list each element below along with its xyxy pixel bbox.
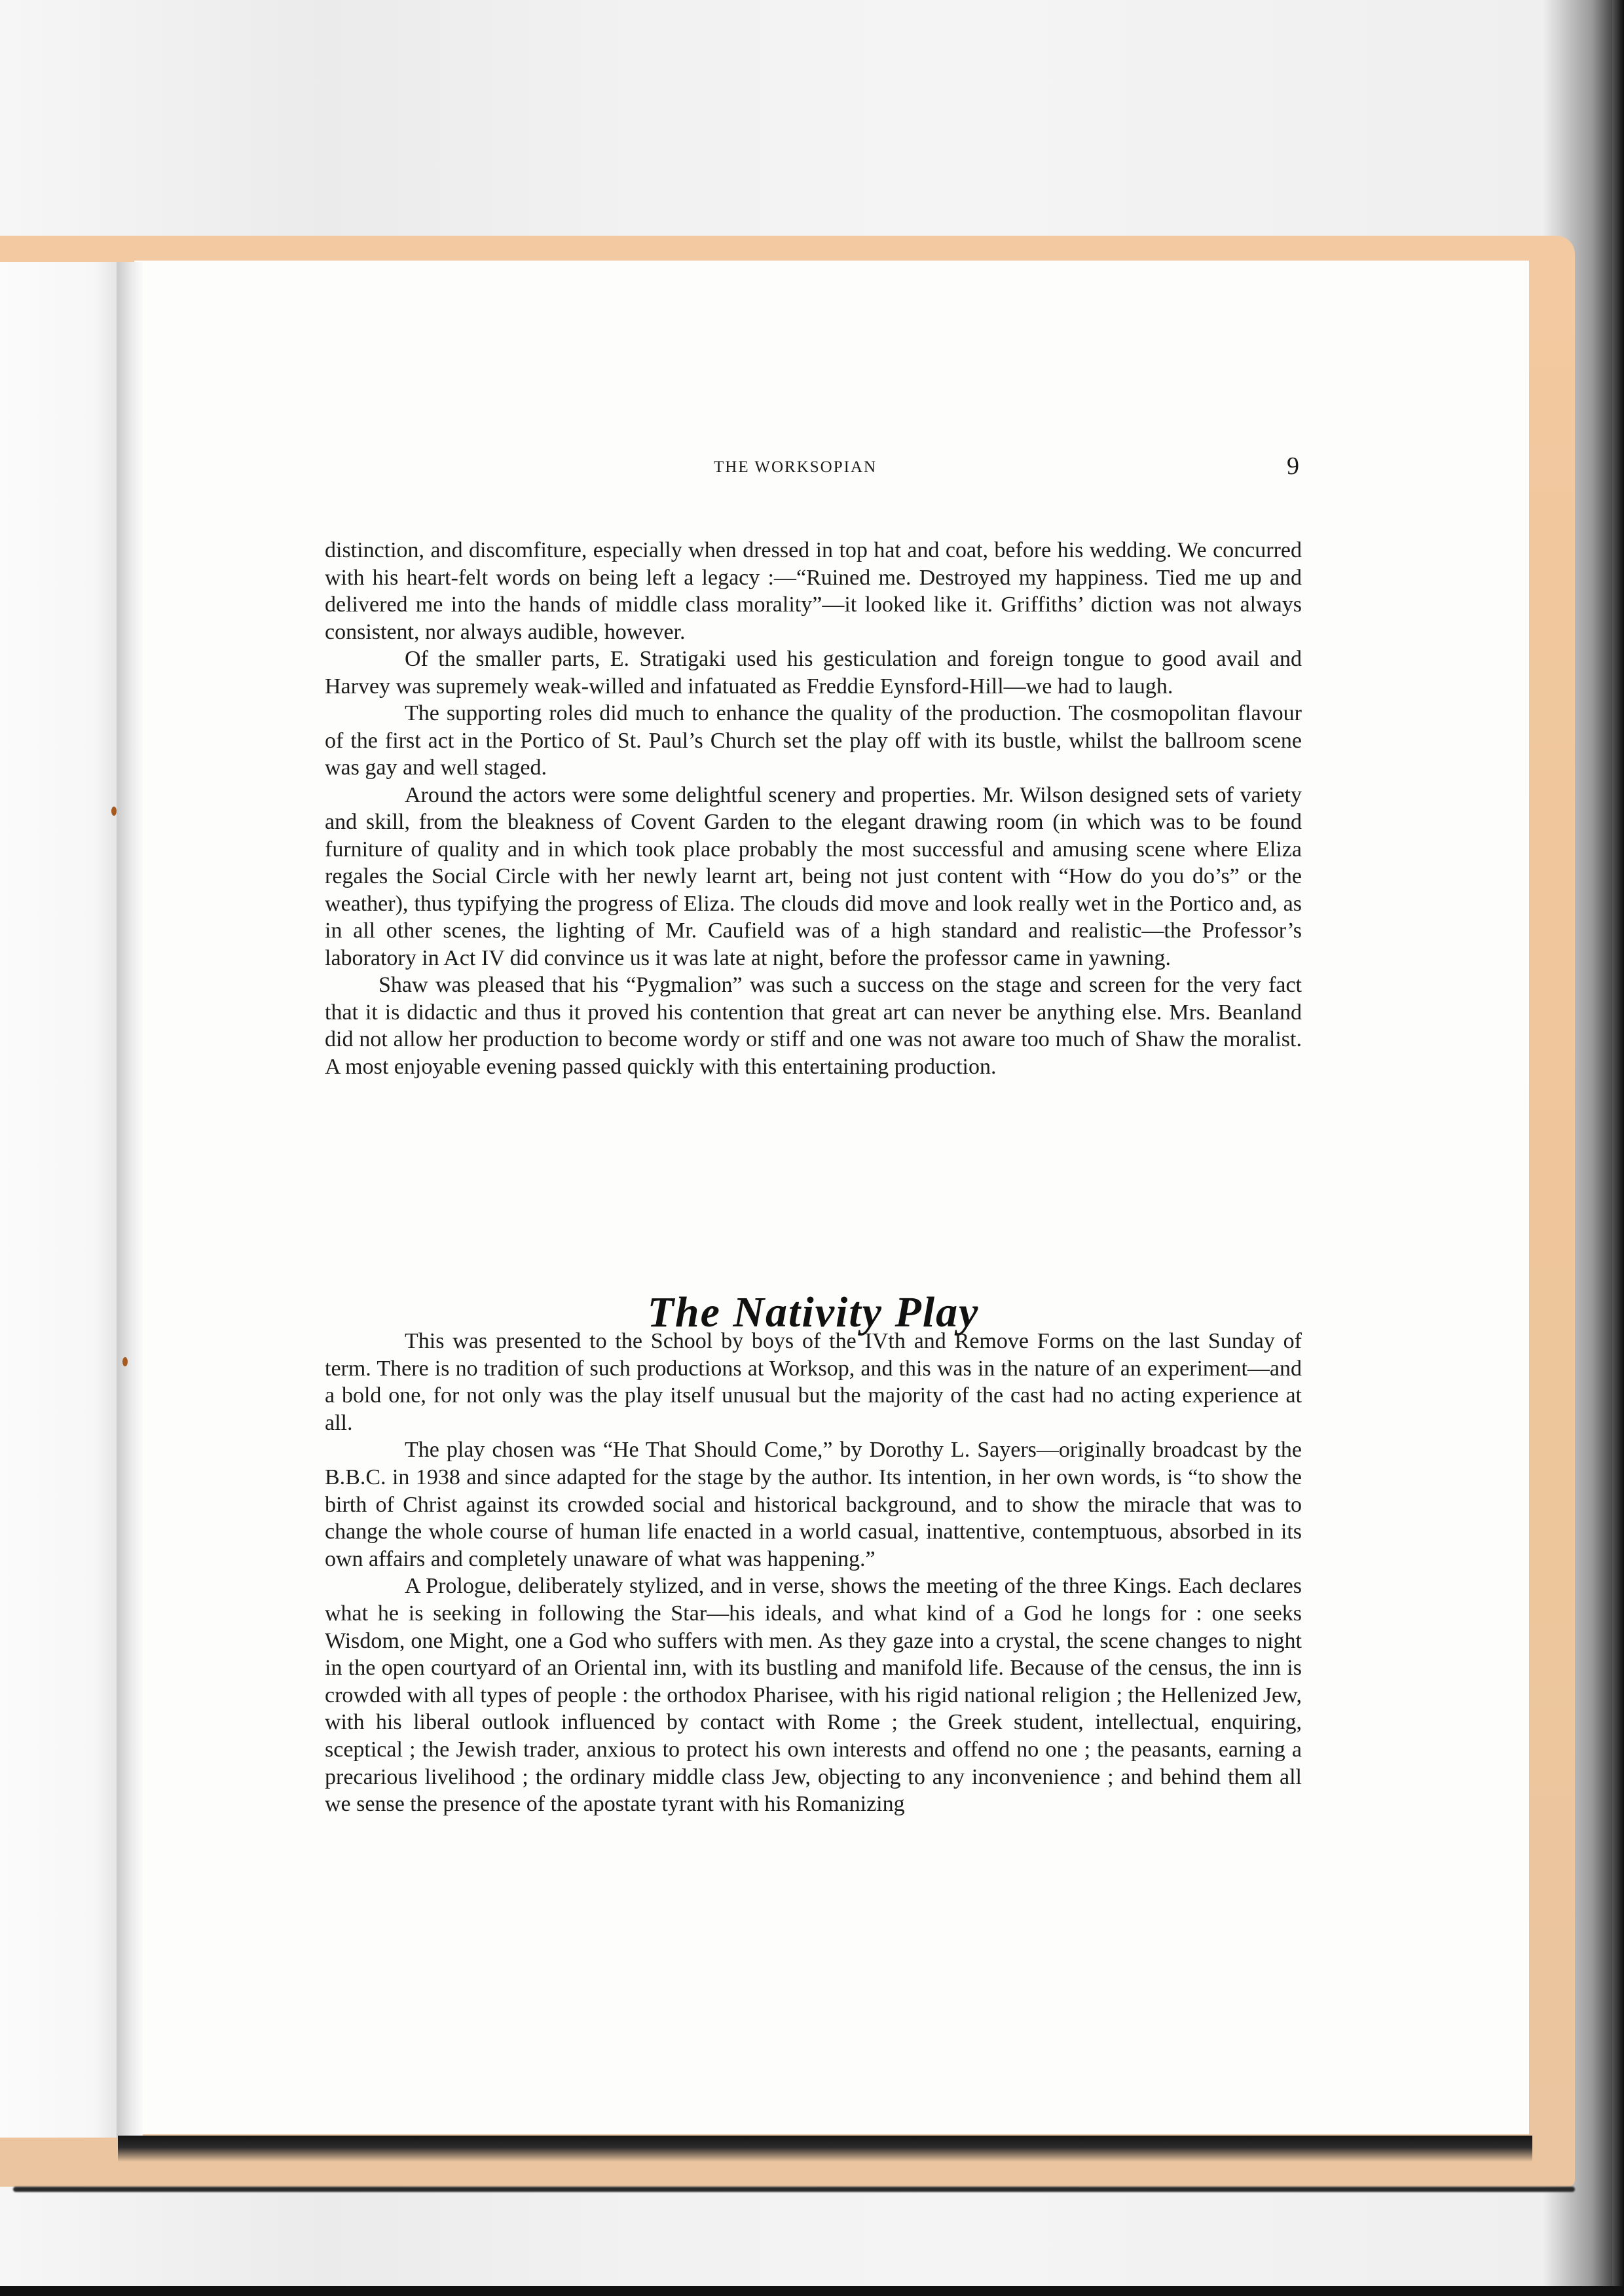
scanner-edge	[1612, 0, 1624, 2296]
paragraph: Around the actors were some delightful s…	[325, 782, 1302, 972]
section-body: This was presented to the School by boys…	[325, 1328, 1302, 1818]
article-continued: distinction, and discomfiture, especiall…	[325, 537, 1302, 1080]
paragraph: The play chosen was “He That Should Come…	[325, 1436, 1302, 1573]
cover-edge-shadow	[13, 2187, 1575, 2192]
page-number: 9	[1287, 452, 1299, 481]
scanner-bottom-edge	[0, 2286, 1624, 2296]
paragraph: This was presented to the School by boys…	[325, 1328, 1302, 1436]
page-bottom-shadow	[118, 2136, 1532, 2162]
paragraph: Of the smaller parts, E. Stratigaki used…	[325, 646, 1302, 700]
gutter-shadow	[117, 262, 143, 2138]
paragraph: A Prologue, deliberately stylized, and i…	[325, 1573, 1302, 1817]
paper-stain-mark	[111, 807, 117, 816]
running-header: THE WORKSOPIAN	[714, 458, 877, 477]
paper-stain-mark	[122, 1357, 128, 1366]
paragraph: Shaw was pleased that his “Pygmalion” wa…	[325, 972, 1302, 1080]
paragraph: The supporting roles did much to enhance…	[325, 700, 1302, 782]
left-page-edge	[0, 262, 118, 2138]
paragraph: distinction, and discomfiture, especiall…	[325, 537, 1302, 646]
